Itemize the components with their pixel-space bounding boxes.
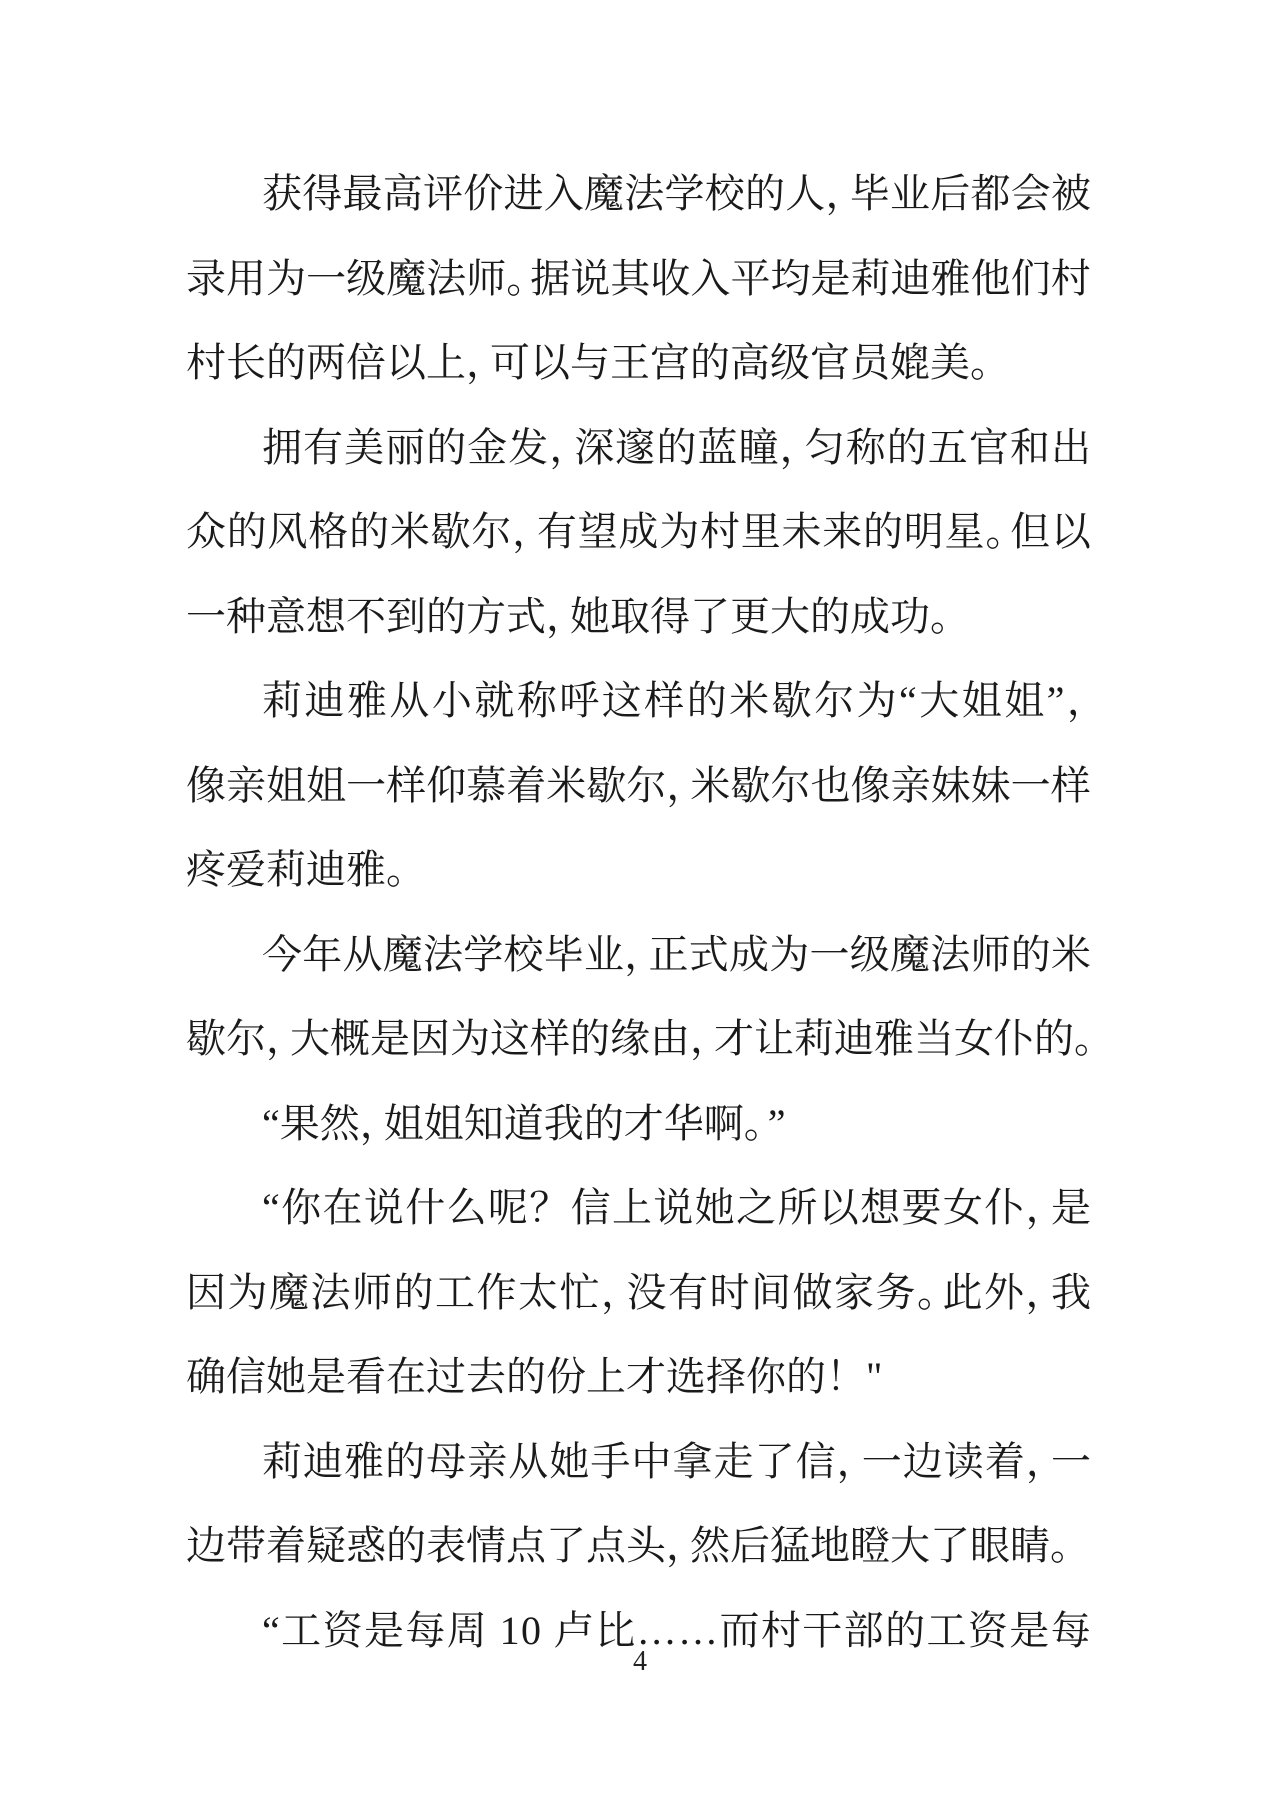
text-line: 拥有美丽的金发，深邃的蓝瞳，匀称的五官和出 [186,406,1091,491]
text-line: “果然，姐姐知道我的才华啊。” [186,1082,1091,1167]
text-line: 村长的两倍以上，可以与王宫的高级官员媲美。 [186,321,1091,406]
text-body: 获得最高评价进入魔法学校的人，毕业后都会被录用为一级魔法师。据说其收入平均是莉迪… [186,152,1091,1673]
text-line: 一种意想不到的方式，她取得了更大的成功。 [186,575,1091,660]
text-line: “你在说什么呢？信上说她之所以想要女仆，是 [186,1166,1091,1251]
text-line: 歇尔，大概是因为这样的缘由，才让莉迪雅当女仆的。 [186,997,1091,1082]
text-line: 录用为一级魔法师。据说其收入平均是莉迪雅他们村 [186,237,1091,322]
page-number: 4 [0,1632,1280,1692]
text-line: 莉迪雅从小就称呼这样的米歇尔为“大姐姐”， [186,659,1091,744]
text-line: 莉迪雅的母亲从她手中拿走了信，一边读着，一 [186,1420,1091,1505]
text-line: 众的风格的米歇尔，有望成为村里未来的明星。但以 [186,490,1091,575]
text-line: 今年从魔法学校毕业，正式成为一级魔法师的米 [186,913,1091,998]
text-line: 边带着疑惑的表情点了点头，然后猛地瞪大了眼睛。 [186,1504,1091,1589]
document-page: 获得最高评价进入魔法学校的人，毕业后都会被录用为一级魔法师。据说其收入平均是莉迪… [0,0,1280,1810]
text-line: 获得最高评价进入魔法学校的人，毕业后都会被 [186,152,1091,237]
text-line: 像亲姐姐一样仰慕着米歇尔，米歇尔也像亲妹妹一样 [186,744,1091,829]
text-line: 疼爱莉迪雅。 [186,828,1091,913]
text-line: 因为魔法师的工作太忙，没有时间做家务。此外，我 [186,1251,1091,1336]
text-line: 确信她是看在过去的份上才选择你的！" [186,1335,1091,1420]
